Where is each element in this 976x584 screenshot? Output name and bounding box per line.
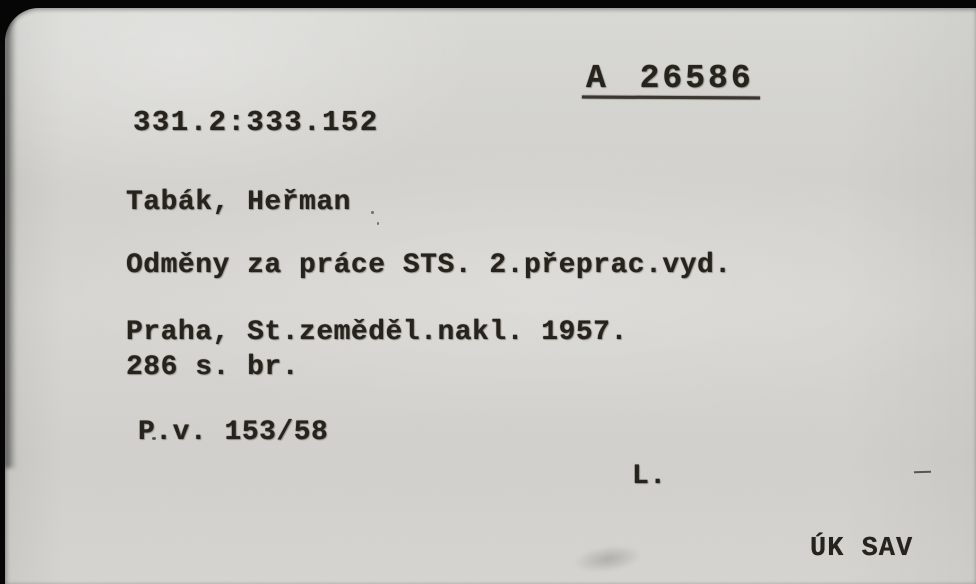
cataloguer-initial: L. [632, 463, 667, 491]
collation-line: 286 s. br. [126, 354, 299, 382]
scanned-catalog-card-page: A 26586 331.2:333.152 Tabák, Heřman Odmě… [0, 0, 976, 584]
classification-number: 331.2:333.152 [133, 108, 379, 137]
author-heading: Tabák, Heřman [126, 189, 351, 217]
paper-grain-texture [5, 8, 976, 584]
acquisition-number: P.v. 153/58 [138, 419, 328, 447]
imprint-line: Praha, St.zeměděl.nakl. 1957. [126, 319, 628, 347]
scan-edge-shadow [5, 8, 19, 468]
ink-smudge [572, 541, 645, 576]
institution-stamp: ÚK SAV [810, 536, 913, 563]
accession-number: A 26586 [586, 62, 754, 95]
accession-underline [582, 96, 760, 100]
title-statement: Odměny za práce STS. 2.přeprac.vyd. [126, 252, 732, 280]
scan-speck [377, 222, 379, 225]
scan-speck [371, 211, 374, 214]
margin-dash-mark [914, 471, 931, 474]
catalog-card: A 26586 331.2:333.152 Tabák, Heřman Odmě… [5, 8, 976, 584]
scan-speck [152, 437, 156, 440]
